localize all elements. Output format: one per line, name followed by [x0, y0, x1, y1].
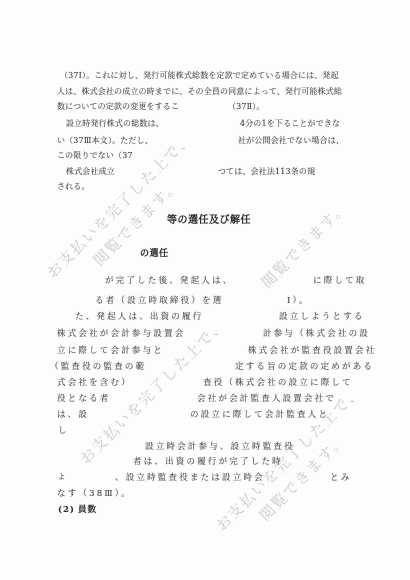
document-page: お支払いを完了した上で、閲覧できます。閲覧できます。お支払いを完了した上で、お支… [0, 0, 410, 580]
section-heading: 等の選任及び解任 [167, 216, 251, 226]
body-text-fragment: 定する旨の定款の定めがある [235, 363, 374, 372]
body-text-fragment: の設立に際して会計監査人と [190, 411, 329, 420]
body-text-fragment: が完了した後、発起人は、 [105, 277, 233, 286]
body-text-fragment: 設立時会計参与、設立時監査役 [145, 443, 295, 452]
sub-heading: の選任 [140, 250, 169, 259]
item-heading: (2) [58, 506, 75, 515]
body-text-fragment: 立に際して会計参与と [57, 347, 164, 356]
body-text-fragment: る者（設立時取締役）を選 [95, 297, 223, 306]
body-text-fragment: 役となる者 [57, 395, 111, 404]
body-text-fragment: 式会社を含む） [57, 379, 132, 388]
body-text-fragment: に際して取 [313, 277, 367, 286]
body-text-fragment: 査役（株式会社の設立に際して [203, 379, 353, 388]
body-text-fragment: 社が公開会社でない場合は、 [238, 137, 344, 145]
text-layer: （37Ⅰ）。これに対し、発行可能株式総数を定款で定めている場合には、発起人は、株… [0, 0, 410, 580]
body-text-fragment: （37Ⅱ）。 [228, 103, 265, 111]
body-text-fragment: される。 [57, 183, 90, 191]
item-heading: 員数 [78, 506, 97, 515]
body-text-fragment: し [58, 427, 69, 436]
body-text-fragment: （監査役の監査の範 [50, 363, 146, 372]
body-text-fragment: つては、会社法113条の規 [218, 168, 315, 176]
body-text-fragment: 人は、株式会社の成立の時までに、その全員の同意によって、発行可能株式総 [57, 88, 342, 96]
body-text-fragment: 株式会社が監査役設置会社 [248, 347, 376, 356]
body-text-fragment: よ [58, 474, 67, 481]
body-text-fragment: この限りでない（37 [57, 152, 133, 160]
body-text-fragment: 株式会社成立 [66, 168, 115, 176]
body-text-fragment: 者は、出資の履行が完了した時 [133, 458, 283, 467]
body-text-fragment: 数についての定款の変更をするこ [57, 103, 179, 111]
body-text-fragment: 計参与（株式会社の設 [263, 330, 370, 339]
body-text-fragment: Ⅰ）。 [287, 297, 310, 306]
body-text-fragment: た、発起人は、出資の履行 [75, 313, 203, 322]
body-text-fragment: 株式会社が会計参与設置会 [57, 330, 185, 339]
body-text-fragment: 設立時発行株式の総数は、 [66, 120, 164, 128]
body-text-fragment: 設立しようとする [279, 313, 365, 322]
body-text-fragment: 、設立時監査役または設立時会 [115, 474, 265, 483]
body-text-fragment: なす（38Ⅲ）。 [57, 490, 132, 499]
body-text-fragment: い（37Ⅲ本文）。ただし、 [57, 137, 153, 145]
body-text-fragment: 4分の1を下ることができな [240, 120, 340, 128]
body-text-fragment: 会社が会計監査人設置会社で [197, 395, 336, 404]
body-text-fragment: は、設 [57, 411, 89, 420]
body-text-fragment: とみ [330, 474, 351, 483]
body-text-fragment: （37Ⅰ）。これに対し、発行可能株式総数を定款で定めている場合には、発起 [60, 72, 339, 80]
